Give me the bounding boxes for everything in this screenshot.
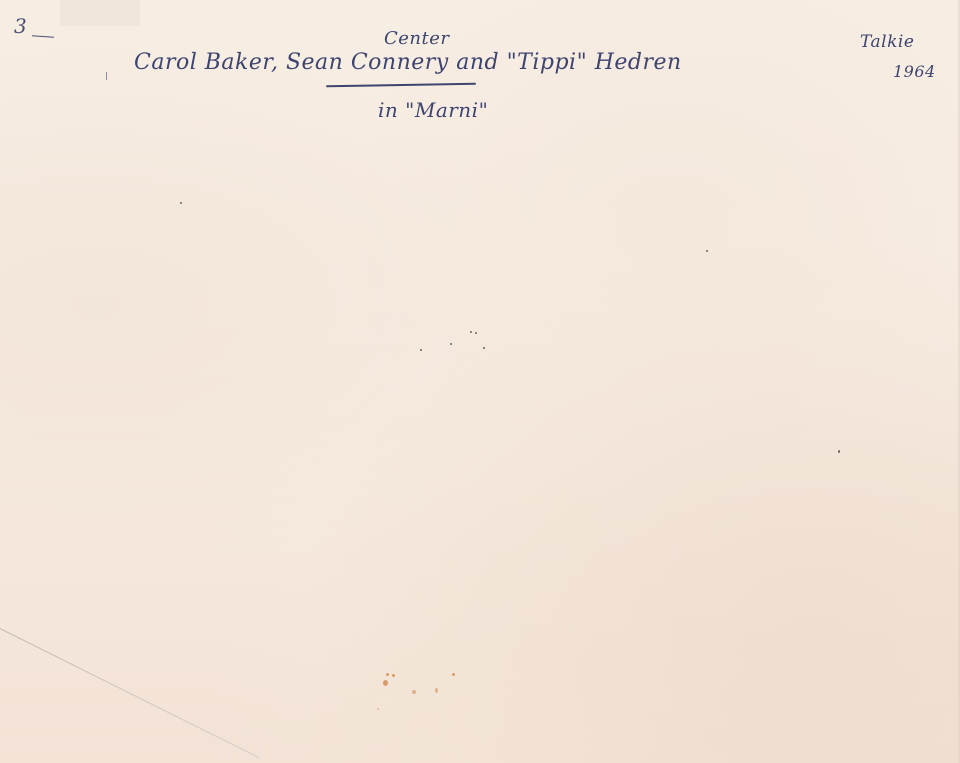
dust-speck bbox=[470, 331, 472, 333]
dust-speck bbox=[420, 349, 422, 351]
stain-speck bbox=[452, 673, 455, 676]
stain-speck bbox=[386, 673, 389, 676]
stain-speck bbox=[383, 680, 388, 686]
corner-year: 1964 bbox=[893, 62, 936, 81]
caption-line-2: in "Marni" bbox=[378, 98, 488, 122]
stain-speck bbox=[377, 708, 379, 710]
stain-speck bbox=[435, 688, 438, 693]
dust-speck bbox=[180, 202, 182, 204]
tape-residue bbox=[60, 0, 140, 26]
dust-speck bbox=[838, 450, 840, 453]
dust-speck bbox=[450, 343, 452, 345]
number-mark: 3 bbox=[14, 14, 27, 38]
center-note: Center bbox=[384, 28, 450, 49]
stain-speck bbox=[412, 690, 416, 694]
dust-speck bbox=[483, 347, 485, 349]
stain-speck bbox=[392, 674, 395, 677]
pencil-tick bbox=[106, 72, 107, 80]
dust-speck bbox=[475, 332, 477, 334]
dust-speck bbox=[706, 250, 708, 252]
corner-note: Talkie bbox=[860, 32, 914, 52]
caption-line-1: Carol Baker, Sean Connery and "Tippi" He… bbox=[134, 50, 682, 75]
